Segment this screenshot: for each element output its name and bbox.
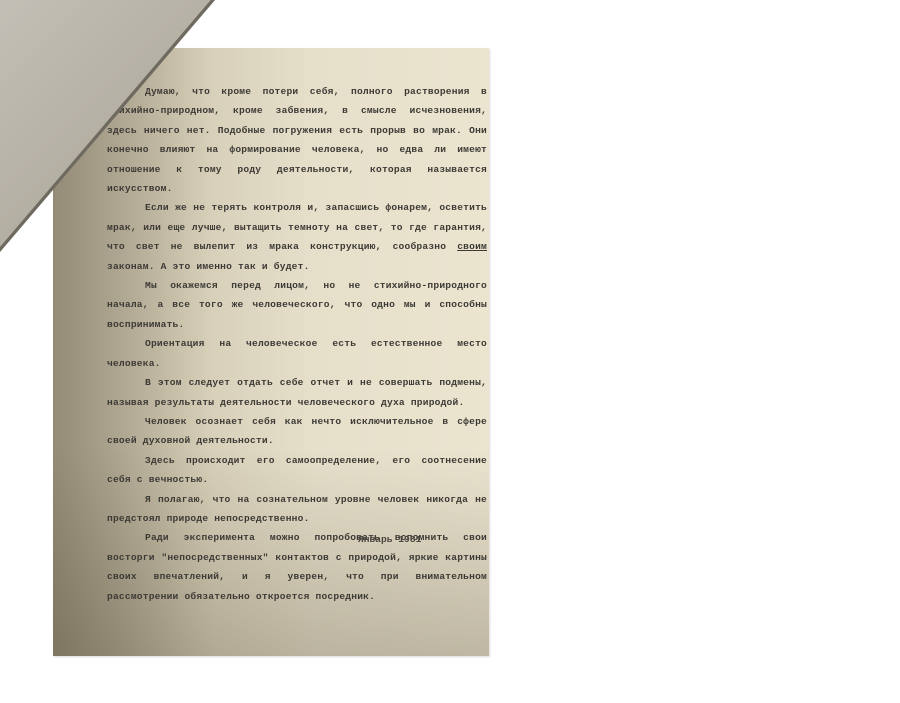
paragraph: Ориентация на человеческое есть естестве… [107, 334, 487, 373]
paragraph: Ради эксперимента можно попробовать вспо… [107, 528, 487, 606]
underlined-word: своим [457, 241, 487, 252]
paragraph: Человек осознает себя как нечто исключит… [107, 412, 487, 451]
paragraph: Здесь происходит его самоопределение, ег… [107, 451, 487, 490]
typed-text-body: Думаю, что кроме потери себя, полного ра… [107, 82, 487, 606]
paragraph: Если же не терять контроля и, запасшись … [107, 198, 487, 276]
paragraph: Мы окажемся перед лицом, но не стихийно-… [107, 276, 487, 334]
typed-page: Думаю, что кроме потери себя, полного ра… [53, 48, 489, 656]
paragraph: Думаю, что кроме потери себя, полного ра… [107, 82, 487, 198]
text-span: законам. А это именно так и будет. [107, 261, 310, 272]
paragraph: В этом следует отдать себе отчет и не со… [107, 373, 487, 412]
date-signature: Январь 1981 [358, 534, 421, 545]
paragraph: Я полагаю, что на сознательном уровне че… [107, 490, 487, 529]
text-span: Если же не терять контроля и, запасшись … [107, 202, 487, 252]
